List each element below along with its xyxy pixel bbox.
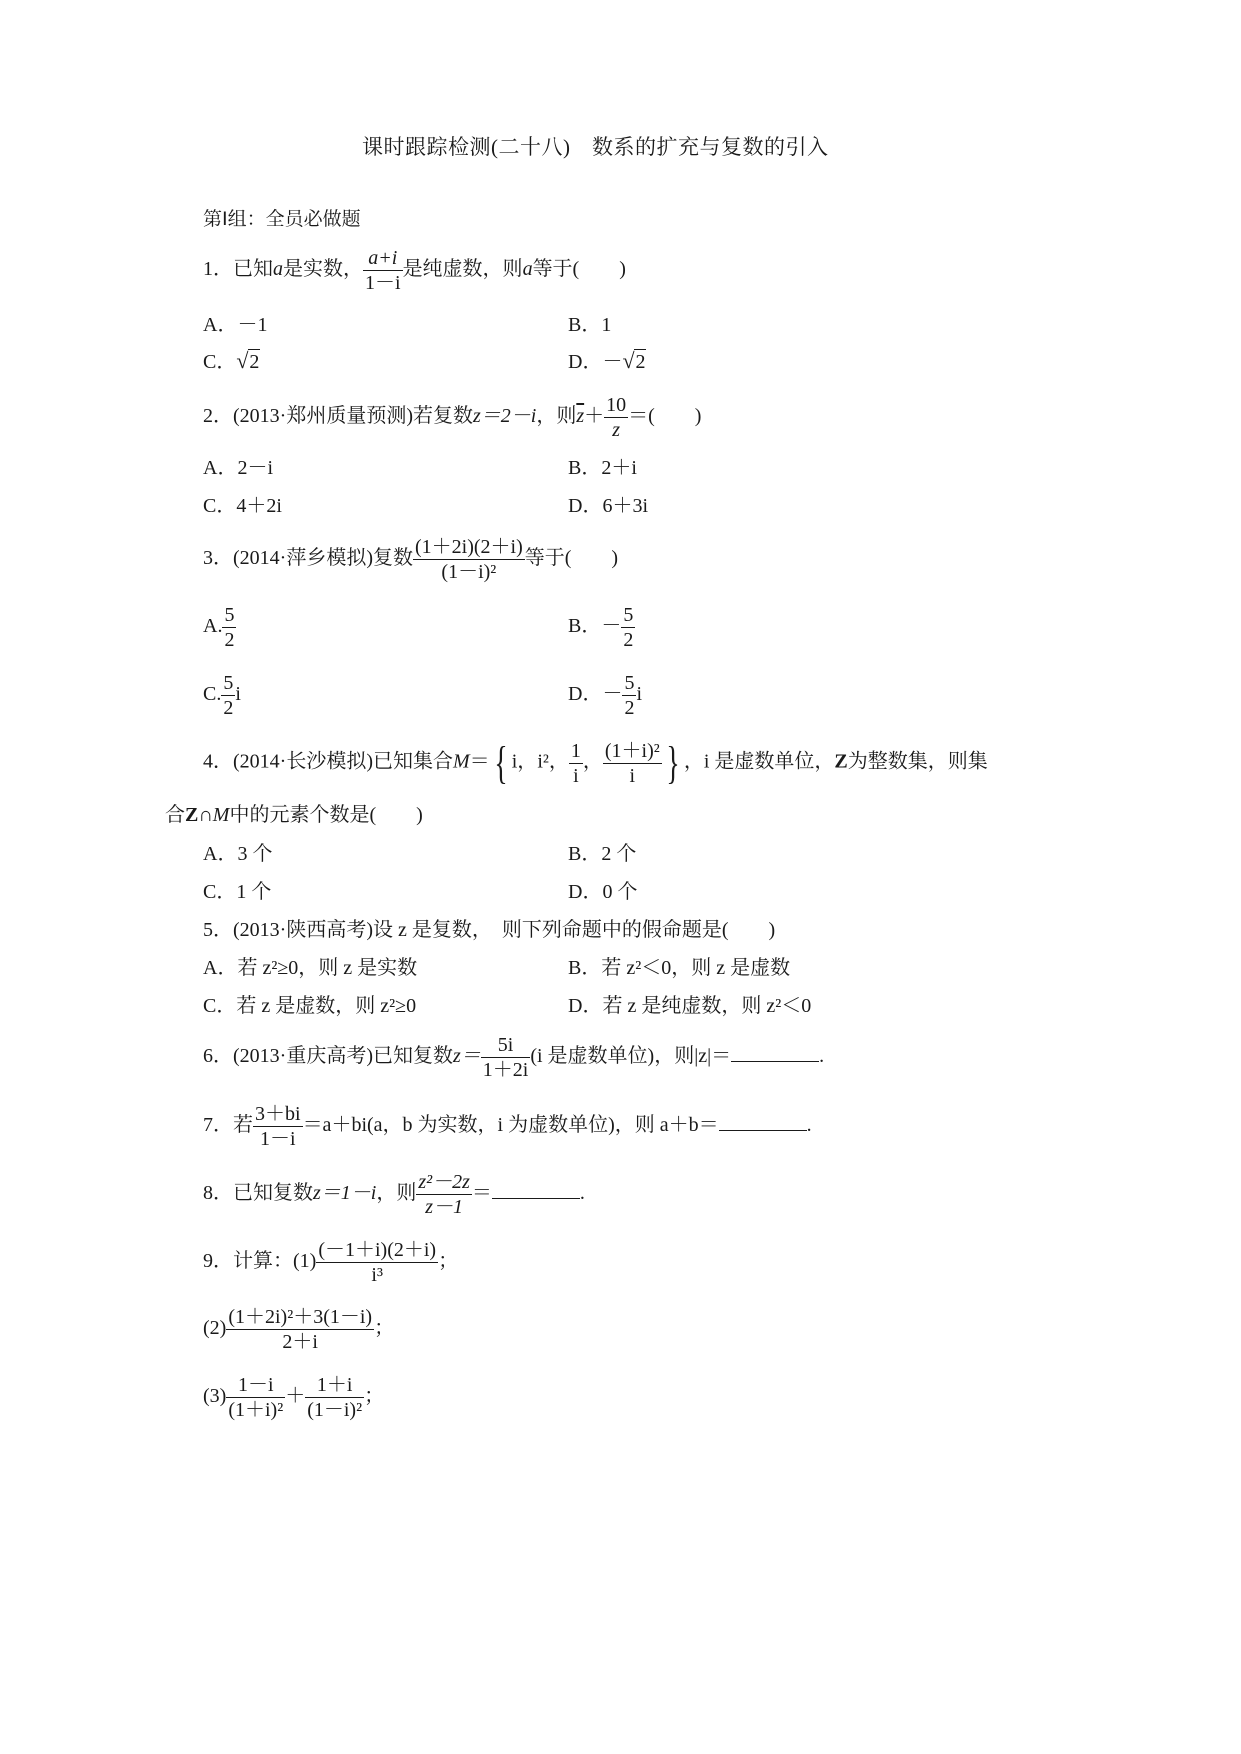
denominator: i (569, 764, 583, 786)
option-value: 6＋3i (602, 495, 648, 517)
conjugate-z: z (576, 405, 584, 427)
numerator: (1＋2i)²＋3(1－i) (226, 1307, 374, 1330)
option-label: C． (203, 495, 236, 517)
question-text: 为整数集，则集 (848, 751, 988, 773)
denominator: 2＋i (226, 1330, 374, 1352)
option-value: 2－i (237, 457, 273, 479)
option-value: 3 个 (237, 843, 272, 865)
question-4: 4．(2014·长沙模拟)已知集合M＝{i，i²，1i，(1＋i)²i}，i 是… (203, 740, 988, 786)
question-source: (2013·郑州质量预测) (233, 405, 413, 427)
option-label: A． (203, 957, 237, 979)
integer-set-symbol: Z (185, 804, 198, 826)
question-number: 4． (203, 751, 233, 773)
question-text: 是实数， (283, 258, 363, 280)
numerator: (1＋i)² (603, 741, 662, 764)
question-text: 已知复数 (373, 1045, 453, 1067)
option-label: A． (203, 843, 237, 865)
option-value: 4＋2i (236, 495, 282, 517)
question-text: ，则 (376, 1182, 416, 1204)
question-5: 5．(2013·陕西高考)设 z 是复数， 则下列命题中的假命题是( ) (203, 920, 775, 940)
question-text: (i 是虚数单位)，则|z|＝ (530, 1045, 731, 1067)
question-number: 8． (203, 1182, 233, 1204)
set-name: M (453, 751, 470, 773)
option-c[interactable]: C．4＋2i (203, 496, 282, 516)
fraction: 3＋bi1－i (253, 1104, 303, 1149)
question-text: 已知集合 (373, 751, 453, 773)
fraction: 1i (569, 741, 583, 786)
fraction: 1－i(1＋i)² (226, 1375, 285, 1420)
option-label: D． (568, 881, 602, 903)
denominator: (1－i)² (305, 1398, 364, 1420)
option-label: A． (203, 314, 237, 336)
fraction: 10z (604, 395, 628, 440)
part-label: (1) (293, 1250, 316, 1272)
question-2: 2．(2013·郑州质量预测)若复数z＝2－i，则z＋10z＝( ) (203, 395, 701, 440)
option-label: D． (568, 995, 602, 1017)
radicand: 2 (634, 349, 646, 373)
option-label: B． (568, 843, 601, 865)
variable-a: a (523, 258, 533, 280)
expression: z＝ (453, 1045, 481, 1067)
denominator: (1－i)² (413, 560, 525, 582)
numerator: 5 (222, 605, 236, 628)
answer-blank[interactable] (719, 1129, 807, 1131)
minus-sign: － (602, 683, 622, 705)
option-value: 0 个 (602, 881, 637, 903)
fraction: 5i1＋2i (481, 1035, 531, 1080)
set-item: i²， (537, 751, 569, 773)
denominator: (1＋i)² (226, 1398, 285, 1420)
denominator: 2 (622, 696, 636, 718)
option-b[interactable]: B．2＋i (568, 458, 637, 478)
option-c[interactable]: C.52i (203, 673, 241, 718)
set-name: M (213, 804, 230, 826)
equals-sign: ＝ (470, 751, 490, 773)
option-value: 1 (601, 314, 611, 336)
option-label: B． (568, 615, 601, 637)
question-3: 3．(2014·萍乡模拟)复数(1＋2i)(2＋i)(1－i)²等于( ) (203, 537, 618, 582)
option-a[interactable]: A．－1 (203, 315, 267, 335)
question-number: 1． (203, 258, 233, 280)
option-value: 若 z²≥0，则 z 是实数 (237, 957, 417, 979)
question-9-part-3: (3)1－i(1＋i)²＋1＋i(1－i)²； (203, 1375, 384, 1420)
semicolon: ； (438, 1250, 458, 1272)
denominator: 2 (621, 628, 635, 650)
question-text: ，i 是虚数单位， (684, 751, 835, 773)
question-number: 7． (203, 1114, 233, 1136)
question-4-line-2: 合Z∩M中的元素个数是( ) (165, 805, 423, 825)
option-d[interactable]: D．6＋3i (568, 496, 648, 516)
question-text: ＝a＋bi(a，b 为实数，i 为虚数单位)，则 a＋b＝ (303, 1114, 719, 1136)
answer-bracket: 等于( ) (525, 547, 618, 569)
question-9: 9．计算：(1)(－1＋i)(2＋i)i³； (203, 1240, 458, 1285)
section-heading: 第Ⅰ组：全员必做题 (203, 210, 361, 229)
numerator: 10 (604, 395, 628, 418)
option-label: A. (203, 615, 222, 637)
set-item: i， (512, 751, 538, 773)
option-c[interactable]: C．若 z 是虚数，则 z²≥0 (203, 996, 416, 1016)
option-value: 2 个 (601, 843, 636, 865)
denominator: z－1 (416, 1195, 472, 1217)
answer-bracket: 等于( ) (533, 258, 626, 280)
fraction: 52 (621, 605, 635, 650)
option-b[interactable]: B．若 z²＜0，则 z 是虚数 (568, 958, 790, 978)
page-title: 课时跟踪检测(二十八) 数系的扩充与复数的引入 (362, 137, 829, 158)
option-value: 若 z 是纯虚数，则 z²＜0 (602, 995, 811, 1017)
fraction: 1＋i(1－i)² (305, 1375, 364, 1420)
option-a[interactable]: A．若 z²≥0，则 z 是实数 (203, 958, 417, 978)
integer-set-symbol: Z (834, 751, 847, 773)
imaginary-unit: i (636, 683, 642, 705)
answer-blank[interactable] (492, 1197, 580, 1199)
minus-sign: － (601, 615, 621, 637)
option-c[interactable]: C．1 个 (203, 882, 271, 902)
question-number: 2． (203, 405, 233, 427)
period: . (580, 1182, 585, 1204)
plus-sign: ＋ (584, 405, 604, 427)
option-label: D． (568, 495, 602, 517)
option-d[interactable]: D．－2 (568, 352, 646, 372)
denominator: i (603, 764, 662, 786)
option-b[interactable]: B．2 个 (568, 844, 636, 864)
question-source: (2013·重庆高考) (233, 1045, 373, 1067)
sqrt-symbol: 2 (236, 352, 260, 372)
question-text: 合 (165, 804, 185, 826)
question-number: 6． (203, 1045, 233, 1067)
option-a[interactable]: A.52 (203, 605, 236, 650)
option-value: 若 z²＜0，则 z 是虚数 (601, 957, 790, 979)
question-6: 6．(2013·重庆高考)已知复数z＝5i1＋2i(i 是虚数单位)，则|z|＝… (203, 1035, 824, 1080)
period: . (807, 1114, 812, 1136)
option-label: C． (203, 351, 236, 373)
option-label: C． (203, 881, 236, 903)
option-b[interactable]: B．1 (568, 315, 611, 335)
fraction: 52 (222, 605, 236, 650)
question-text: ，则 (536, 405, 576, 427)
question-text: 若 (233, 1114, 253, 1136)
imaginary-unit: i (235, 683, 241, 705)
answer-blank[interactable] (731, 1060, 819, 1062)
option-a[interactable]: A．3 个 (203, 844, 272, 864)
question-text: 已知 (233, 258, 273, 280)
question-number: 5． (203, 919, 233, 941)
fraction: (1＋i)²i (603, 741, 662, 786)
plus-sign: ＋ (285, 1385, 305, 1407)
option-a[interactable]: A．2－i (203, 458, 273, 478)
fraction: (1＋2i)(2＋i)(1－i)² (413, 537, 525, 582)
sqrt-symbol: 2 (622, 352, 646, 372)
numerator: 1 (569, 741, 583, 764)
denominator: 1＋2i (481, 1058, 531, 1080)
option-label: D． (568, 683, 602, 705)
fraction: 52 (622, 673, 636, 718)
option-b[interactable]: B．－52 (568, 605, 635, 650)
fraction: z²－2zz－1 (416, 1172, 472, 1217)
question-source: (2014·长沙模拟) (233, 751, 373, 773)
question-text: 计算： (233, 1250, 293, 1272)
option-value: 2＋i (601, 457, 637, 479)
question-7: 7．若3＋bi1－i＝a＋bi(a，b 为实数，i 为虚数单位)，则 a＋b＝. (203, 1104, 812, 1149)
numerator: a+i (363, 248, 403, 271)
question-8: 8．已知复数z＝1－i，则z²－2zz－1＝. (203, 1172, 585, 1217)
numerator: 1－i (226, 1375, 285, 1398)
option-d[interactable]: D．－52i (568, 673, 642, 718)
option-label: C． (203, 995, 236, 1017)
denominator: z (604, 418, 628, 440)
period: . (819, 1045, 824, 1067)
comma: ， (583, 751, 603, 773)
denominator: 2 (221, 696, 235, 718)
answer-bracket: 中的元素个数是( ) (229, 804, 422, 826)
question-9-part-2: (2)(1＋2i)²＋3(1－i)2＋i； (203, 1307, 394, 1352)
semicolon: ； (364, 1385, 384, 1407)
numerator: z²－2z (416, 1172, 472, 1195)
numerator: (1＋2i)(2＋i) (413, 537, 525, 560)
fraction: (1＋2i)²＋3(1－i)2＋i (226, 1307, 374, 1352)
fraction: (－1＋i)(2＋i)i³ (316, 1240, 438, 1285)
question-text: 复数 (373, 547, 413, 569)
expression: z＝1－i (313, 1182, 376, 1204)
part-label: (3) (203, 1385, 226, 1407)
option-label: D． (568, 351, 602, 373)
minus-sign: － (602, 351, 622, 373)
variable-a: a (273, 258, 283, 280)
numerator: 5 (221, 673, 235, 696)
question-source: (2013·陕西高考) (233, 919, 373, 941)
option-label: B． (568, 457, 601, 479)
option-value: 若 z 是虚数，则 z²≥0 (236, 995, 416, 1017)
denominator: 2 (222, 628, 236, 650)
numerator: 3＋bi (253, 1104, 303, 1127)
question-text: 设 z 是复数， 则下列命题中的假命题是( ) (373, 919, 775, 941)
numerator: 5i (481, 1035, 531, 1058)
question-text: 是纯虚数，则 (403, 258, 523, 280)
numerator: 1＋i (305, 1375, 364, 1398)
option-d[interactable]: D．0 个 (568, 882, 637, 902)
option-label: B． (568, 314, 601, 336)
option-label: A． (203, 457, 237, 479)
question-text: ＝ (472, 1182, 492, 1204)
option-c[interactable]: C．2 (203, 352, 260, 372)
question-number: 3． (203, 547, 233, 569)
right-brace: } (666, 740, 679, 786)
numerator: 5 (622, 673, 636, 696)
option-d[interactable]: D．若 z 是纯虚数，则 z²＜0 (568, 996, 811, 1016)
fraction: 52 (221, 673, 235, 718)
left-brace: { (494, 740, 507, 786)
question-text: 若复数 (413, 405, 473, 427)
intersection-symbol: ∩ (198, 804, 212, 826)
denominator: 1－i (363, 271, 403, 293)
fraction: a+i1－i (363, 248, 403, 293)
question-text: 已知复数 (233, 1182, 313, 1204)
answer-bracket: ＝( ) (628, 405, 701, 427)
option-label: B． (568, 957, 601, 979)
numerator: (－1＋i)(2＋i) (316, 1240, 438, 1263)
option-value: －1 (237, 314, 267, 336)
denominator: 1－i (253, 1127, 303, 1149)
option-label: C. (203, 683, 221, 705)
option-value: 1 个 (236, 881, 271, 903)
semicolon: ； (374, 1317, 394, 1339)
radicand: 2 (248, 349, 260, 373)
denominator: i³ (316, 1263, 438, 1285)
expression: z＝2－i (473, 405, 536, 427)
question-source: (2014·萍乡模拟) (233, 547, 373, 569)
question-number: 9． (203, 1250, 233, 1272)
part-label: (2) (203, 1317, 226, 1339)
numerator: 5 (621, 605, 635, 628)
question-1: 1．已知a是实数，a+i1－i是纯虚数，则a等于( ) (203, 248, 626, 293)
